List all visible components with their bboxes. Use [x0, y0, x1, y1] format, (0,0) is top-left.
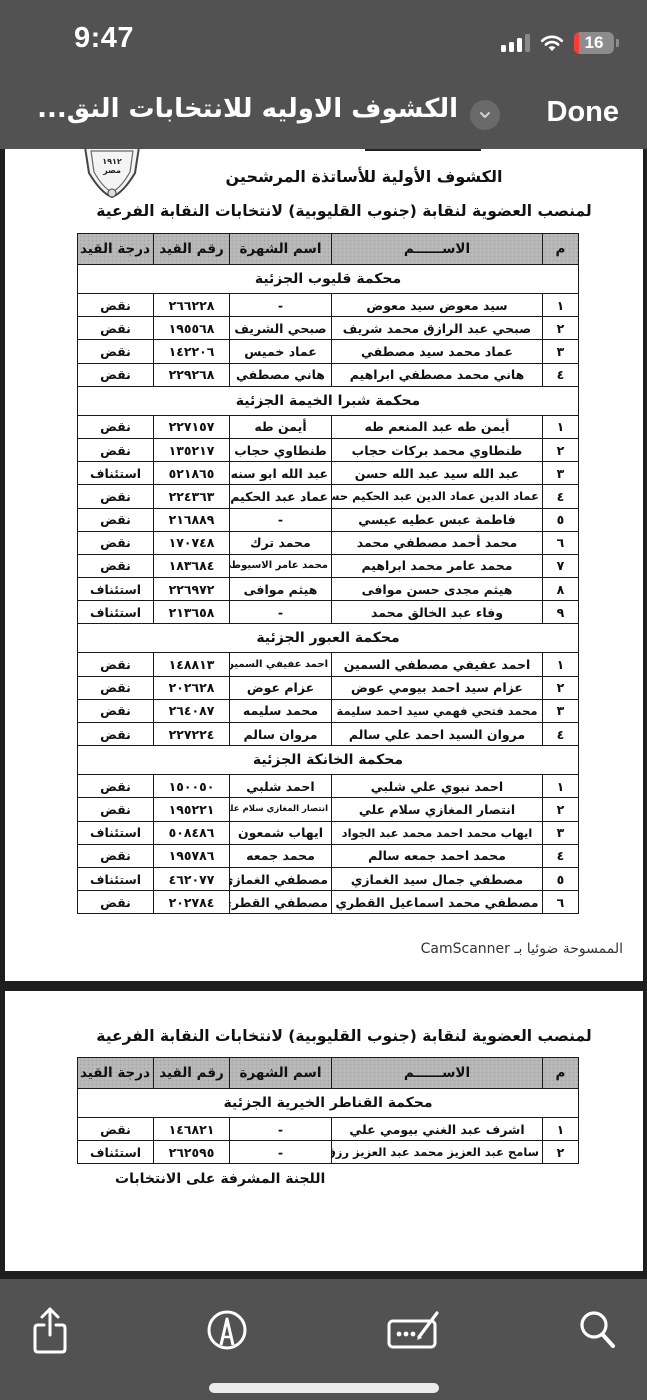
- table-row: ٦مصطفي محمد اسماعيل القطريمصطفي القطري٢٠…: [78, 891, 579, 914]
- table-header-row: م الاســــــم اسم الشهرة رقم القيد درجة …: [78, 234, 579, 265]
- battery-fill: [574, 32, 579, 54]
- row-number: ٥: [543, 508, 579, 531]
- row-number: ٣: [543, 821, 579, 844]
- candidate-name: مصطفي محمد اسماعيل القطري: [332, 891, 543, 914]
- candidate-name: فاطمة عبس عطيه عيسي: [332, 508, 543, 531]
- row-number: ٢: [543, 317, 579, 340]
- candidate-nickname: -: [230, 1118, 332, 1141]
- registration-grade: نقض: [78, 363, 154, 386]
- row-number: ٨: [543, 578, 579, 601]
- table-row: ١أيمن طه عبد المنعم طهأيمن طه٢٢٧١٥٧نقض: [78, 415, 579, 438]
- row-number: ١: [543, 775, 579, 798]
- table-row: ٢صبحي عبد الرازق محمد شريفصبحي الشريف١٩٥…: [78, 317, 579, 340]
- registration-grade: نقض: [78, 531, 154, 554]
- wifi-icon: [540, 34, 564, 52]
- candidate-nickname: مصطفي القطري: [230, 891, 332, 914]
- candidate-name: ايهاب محمد احمد محمد عبد الجواد: [332, 821, 543, 844]
- candidate-name: محمد فتحي فهمي سيد احمد سليمة: [332, 699, 543, 722]
- candidate-name: محمد أحمد مصطفي محمد: [332, 531, 543, 554]
- table-row: ٣محمد فتحي فهمي سيد احمد سليمةمحمد سليمه…: [78, 699, 579, 722]
- document-title[interactable]: الكشوف الاوليه للانتخابات النق...: [26, 94, 458, 124]
- candidate-nickname: عبد الله ابو سنه: [230, 462, 332, 485]
- row-number: ٤: [543, 844, 579, 867]
- registration-grade: نقض: [78, 775, 154, 798]
- row-number: ٣: [543, 462, 579, 485]
- registration-grade: نقض: [78, 438, 154, 461]
- document-page-2: لمنصب العضوية لنقابة (جنوب القليوبية) لا…: [5, 991, 643, 1271]
- candidate-name: هاني محمد مصطفي ابراهيم: [332, 363, 543, 386]
- candidate-name: وفاء عبد الخالق محمد: [332, 601, 543, 624]
- candidate-name: سامح عبد العزيز محمد عبد العزيز رزق: [332, 1141, 543, 1164]
- registration-number: ٢٢٩٢٦٨: [154, 363, 230, 386]
- registration-number: ٢٠٢٦٢٨: [154, 676, 230, 699]
- candidate-nickname: احمد شلبي: [230, 775, 332, 798]
- candidate-name: عبد الله سيد عبد الله حسن: [332, 462, 543, 485]
- registration-number: ١٩٥٥٦٨: [154, 317, 230, 340]
- registration-number: ٢٦٢٥٩٥: [154, 1141, 230, 1164]
- bottom-toolbar: [0, 1279, 647, 1400]
- chevron-down-icon: [478, 110, 492, 120]
- court-header-row: محكمة شبرا الخيمة الجزئية: [78, 386, 579, 415]
- header-underline: [365, 149, 481, 151]
- row-number: ٤: [543, 485, 579, 508]
- share-icon: [30, 1305, 70, 1355]
- candidate-nickname: عماد خميس: [230, 340, 332, 363]
- battery-icon: 16: [574, 32, 614, 54]
- share-button[interactable]: [27, 1307, 73, 1353]
- row-number: ٤: [543, 363, 579, 386]
- col-header-nickname: اسم الشهرة: [230, 234, 332, 265]
- candidate-nickname: عماد عبد الحكيم: [230, 485, 332, 508]
- table-row: ٦محمد أحمد مصطفي محمدمحمد ترك١٧٠٧٤٨نقض: [78, 531, 579, 554]
- table-row: ١احمد عفيفي مصطفي السميناحمد عفيفي السمي…: [78, 653, 579, 676]
- candidate-nickname: طنطاوي حجاب: [230, 438, 332, 461]
- registration-grade: نقض: [78, 415, 154, 438]
- candidate-nickname: صبحي الشريف: [230, 317, 332, 340]
- registration-grade: نقض: [78, 844, 154, 867]
- candidates-table: م الاســــــم اسم الشهرة رقم القيد درجة …: [77, 233, 579, 914]
- candidate-nickname: -: [230, 601, 332, 624]
- candidate-name: سيد معوض سيد معوض: [332, 294, 543, 317]
- registration-grade: استئناف: [78, 867, 154, 890]
- table-row: ٥فاطمة عبس عطيه عيسي-٢١٦٨٨٩نقض: [78, 508, 579, 531]
- top-bar: 9:47 16 الكشوف الاوليه للانتخابات النق..…: [0, 0, 647, 149]
- court-name: محكمة قليوب الجزئية: [78, 265, 579, 294]
- court-header-row: محكمة العبور الجزئية: [78, 624, 579, 653]
- candidate-name: احمد نبوي علي شلبي: [332, 775, 543, 798]
- col-header-number: م: [543, 234, 579, 265]
- row-number: ٢: [543, 438, 579, 461]
- registration-number: ٢٠٢٧٨٤: [154, 891, 230, 914]
- fill-and-sign-button[interactable]: [385, 1307, 445, 1353]
- row-number: ٦: [543, 531, 579, 554]
- table-row: ١احمد نبوي علي شلبياحمد شلبي١٥٠٠٥٠نقض: [78, 775, 579, 798]
- candidate-nickname: انتصار المغازي سلام علي: [230, 798, 332, 821]
- candidate-nickname: مروان سالم: [230, 723, 332, 746]
- col-header-registration-number: رقم القيد: [154, 234, 230, 265]
- table-row: ٣ايهاب محمد احمد محمد عبد الجوادايهاب شم…: [78, 821, 579, 844]
- table-row: ٣عبد الله سيد عبد الله حسنعبد الله ابو س…: [78, 462, 579, 485]
- registration-grade: نقض: [78, 891, 154, 914]
- candidate-nickname: -: [230, 508, 332, 531]
- title-menu-button[interactable]: [470, 100, 500, 130]
- candidate-nickname: محمد سليمه: [230, 699, 332, 722]
- search-icon: [577, 1308, 617, 1352]
- table-row: ٥مصطفي جمال سيد الغمازيمصطفي الغمازي٤٦٢٠…: [78, 867, 579, 890]
- table-row: ٨هيثم مجدى حسن موافىهيثم موافى٢٢٦٩٧٢استئ…: [78, 578, 579, 601]
- table-row: ٤مروان السيد احمد علي سالممروان سالم٢٢٧٢…: [78, 723, 579, 746]
- registration-number: ١٥٠٠٥٠: [154, 775, 230, 798]
- navigation-bar: الكشوف الاوليه للانتخابات النق... Done: [0, 88, 647, 142]
- registration-grade: نقض: [78, 676, 154, 699]
- candidate-name: صبحي عبد الرازق محمد شريف: [332, 317, 543, 340]
- registration-grade: استئناف: [78, 601, 154, 624]
- registration-grade: نقض: [78, 653, 154, 676]
- candidate-nickname: مصطفي الغمازي: [230, 867, 332, 890]
- table-row: ٧محمد عامر محمد ابراهيممحمد عامر الاسيوط…: [78, 554, 579, 577]
- candidate-name: عماد محمد سيد مصطفي: [332, 340, 543, 363]
- table-row: ١اشرف عبد الغني بيومي علي-١٤٦٨٢١نقض: [78, 1118, 579, 1141]
- court-name: محكمة القناطر الخيرية الجزئية: [78, 1089, 579, 1118]
- battery-level: 16: [585, 33, 604, 53]
- status-time: 9:47: [74, 22, 134, 55]
- court-header-row: محكمة قليوب الجزئية: [78, 265, 579, 294]
- camscanner-watermark: الممسوحة ضوئيا بـ CamScanner: [421, 941, 623, 957]
- registration-number: ١٩٥٢٢١: [154, 798, 230, 821]
- registration-number: ١٤٦٨٢١: [154, 1118, 230, 1141]
- registration-number: ٢١٣٦٥٨: [154, 601, 230, 624]
- registration-number: ١٩٥٧٨٦: [154, 844, 230, 867]
- markup-icon: [206, 1309, 248, 1351]
- registration-grade: نقض: [78, 798, 154, 821]
- registration-grade: نقض: [78, 1118, 154, 1141]
- row-number: ١: [543, 1118, 579, 1141]
- registration-grade: استئناف: [78, 462, 154, 485]
- registration-grade: استئناف: [78, 578, 154, 601]
- candidate-nickname: محمد جمعه: [230, 844, 332, 867]
- row-number: ٢: [543, 676, 579, 699]
- row-number: ٣: [543, 340, 579, 363]
- status-icons: 16: [501, 32, 619, 54]
- registration-number: ٤٦٢٠٧٧: [154, 867, 230, 890]
- candidate-nickname: هيثم موافى: [230, 578, 332, 601]
- registration-grade: نقض: [78, 554, 154, 577]
- candidate-nickname: أيمن طه: [230, 415, 332, 438]
- registration-number: ٢٢٦٩٧٢: [154, 578, 230, 601]
- candidate-name: أيمن طه عبد المنعم طه: [332, 415, 543, 438]
- row-number: ٤: [543, 723, 579, 746]
- fill-sign-icon: [386, 1307, 444, 1353]
- candidate-nickname: محمد عامر الاسيوطي: [230, 554, 332, 577]
- row-number: ١: [543, 653, 579, 676]
- row-number: ٦: [543, 891, 579, 914]
- registration-number: ١٧٠٧٤٨: [154, 531, 230, 554]
- candidate-nickname: محمد ترك: [230, 531, 332, 554]
- list-subtitle: لمنصب العضوية لنقابة (جنوب القليوبية) لا…: [25, 202, 643, 220]
- col-header-nickname: اسم الشهرة: [230, 1058, 332, 1089]
- registration-grade: استئناف: [78, 1141, 154, 1164]
- col-header-number: م: [543, 1058, 579, 1089]
- table-row: ٤عماد الدين عماد الدين عبد الحكيم حسنعما…: [78, 485, 579, 508]
- row-number: ١: [543, 294, 579, 317]
- registration-number: ١٤٨٨١٣: [154, 653, 230, 676]
- row-number: ٣: [543, 699, 579, 722]
- candidate-nickname: -: [230, 294, 332, 317]
- home-indicator[interactable]: [209, 1383, 439, 1393]
- row-number: ١: [543, 415, 579, 438]
- candidate-name: احمد عفيفي مصطفي السمين: [332, 653, 543, 676]
- candidate-nickname: عزام عوض: [230, 676, 332, 699]
- registration-number: ٥٢١٨٦٥: [154, 462, 230, 485]
- registration-number: ١٤٢٢٠٦: [154, 340, 230, 363]
- table-row: ٣عماد محمد سيد مصطفيعماد خميس١٤٢٢٠٦نقض: [78, 340, 579, 363]
- candidate-name: اشرف عبد الغني بيومي علي: [332, 1118, 543, 1141]
- candidate-name: طنطاوي محمد بركات حجاب: [332, 438, 543, 461]
- list-title: الكشوف الأولية للأساتذة المرشحين: [45, 167, 643, 186]
- candidate-name: محمد عامر محمد ابراهيم: [332, 554, 543, 577]
- candidate-name: مصطفي جمال سيد الغمازي: [332, 867, 543, 890]
- court-name: محكمة شبرا الخيمة الجزئية: [78, 386, 579, 415]
- registration-grade: نقض: [78, 340, 154, 363]
- registration-grade: نقض: [78, 723, 154, 746]
- registration-grade: نقض: [78, 294, 154, 317]
- candidate-nickname: هاني مصطفي: [230, 363, 332, 386]
- registration-number: ١٣٥٢١٧: [154, 438, 230, 461]
- row-number: ٢: [543, 1141, 579, 1164]
- table-row: ١سيد معوض سيد معوض-٢٦٦٢٢٨نقض: [78, 294, 579, 317]
- table-row: ٢طنطاوي محمد بركات حجابطنطاوي حجاب١٣٥٢١٧…: [78, 438, 579, 461]
- registration-grade: نقض: [78, 699, 154, 722]
- registration-grade: نقض: [78, 317, 154, 340]
- candidate-name: عزام سيد احمد بيومي عوض: [332, 676, 543, 699]
- battery-cap: [616, 39, 619, 47]
- col-header-name: الاســــــم: [332, 234, 543, 265]
- registration-number: ٢٦٦٢٢٨: [154, 294, 230, 317]
- row-number: ٧: [543, 554, 579, 577]
- candidate-nickname: احمد عفيفي السمين: [230, 653, 332, 676]
- col-header-registration-number: رقم القيد: [154, 1058, 230, 1089]
- registration-number: ٥٠٨٤٨٦: [154, 821, 230, 844]
- col-header-name: الاســــــم: [332, 1058, 543, 1089]
- registration-number: ٢٢٧١٥٧: [154, 415, 230, 438]
- candidate-name: عماد الدين عماد الدين عبد الحكيم حسن: [332, 485, 543, 508]
- registration-number: ٢١٦٨٨٩: [154, 508, 230, 531]
- registration-number: ٢٦٤٠٨٧: [154, 699, 230, 722]
- registration-number: ٢٢٧٢٢٤: [154, 723, 230, 746]
- committee-signature: اللجنة المشرفة على الانتخابات: [115, 1171, 325, 1187]
- row-number: ٥: [543, 867, 579, 890]
- court-header-row: محكمة القناطر الخيرية الجزئية: [78, 1089, 579, 1118]
- candidate-name: مروان السيد احمد علي سالم: [332, 723, 543, 746]
- search-button[interactable]: [574, 1307, 620, 1353]
- registration-grade: نقض: [78, 508, 154, 531]
- candidate-nickname: ايهاب شمعون: [230, 821, 332, 844]
- registration-grade: استئناف: [78, 821, 154, 844]
- table-row: ٤محمد احمد جمعه سالممحمد جمعه١٩٥٧٨٦نقض: [78, 844, 579, 867]
- list-subtitle: لمنصب العضوية لنقابة (جنوب القليوبية) لا…: [25, 1027, 643, 1045]
- candidate-name: هيثم مجدى حسن موافى: [332, 578, 543, 601]
- candidates-table: م الاســــــم اسم الشهرة رقم القيد درجة …: [77, 1057, 579, 1164]
- candidate-name: محمد احمد جمعه سالم: [332, 844, 543, 867]
- table-row: ٩وفاء عبد الخالق محمد-٢١٣٦٥٨استئناف: [78, 601, 579, 624]
- row-number: ٢: [543, 798, 579, 821]
- table-row: ٤هاني محمد مصطفي ابراهيمهاني مصطفي٢٢٩٢٦٨…: [78, 363, 579, 386]
- markup-button[interactable]: [204, 1307, 250, 1353]
- table-row: ٢سامح عبد العزيز محمد عبد العزيز رزق-٢٦٢…: [78, 1141, 579, 1164]
- candidate-nickname: -: [230, 1141, 332, 1164]
- table-row: ٢انتصار المغازي سلام عليانتصار المغازي س…: [78, 798, 579, 821]
- registration-number: ١٨٣٦٨٤: [154, 554, 230, 577]
- candidate-name: انتصار المغازي سلام علي: [332, 798, 543, 821]
- court-name: محكمة العبور الجزئية: [78, 624, 579, 653]
- cellular-signal-icon: [501, 34, 530, 52]
- col-header-registration-grade: درجة القيد: [78, 1058, 154, 1089]
- court-name: محكمة الخانكة الجزئية: [78, 746, 579, 775]
- row-number: ٩: [543, 601, 579, 624]
- done-button[interactable]: Done: [547, 96, 620, 129]
- court-header-row: محكمة الخانكة الجزئية: [78, 746, 579, 775]
- col-header-registration-grade: درجة القيد: [78, 234, 154, 265]
- registration-number: ٢٢٤٣٦٣: [154, 485, 230, 508]
- table-row: ٢عزام سيد احمد بيومي عوضعزام عوض٢٠٢٦٢٨نق…: [78, 676, 579, 699]
- document-page-1: ١٩١٢ مصر الكشوف الأولية للأساتذة المرشحي…: [5, 149, 643, 981]
- registration-grade: نقض: [78, 485, 154, 508]
- table-header-row: م الاســــــم اسم الشهرة رقم القيد درجة …: [78, 1058, 579, 1089]
